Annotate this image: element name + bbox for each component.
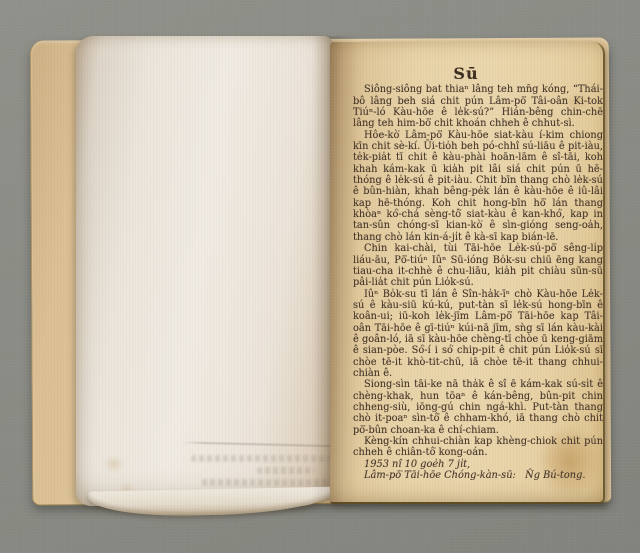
preface-paragraph: Kèng-kín chhui-chiàn kap khèng-chiok chi… [353,436,603,459]
page-curl-edge [88,487,338,518]
preface-title: Sū [353,68,579,79]
preface-paragraph: Chin kai-chài, tùi Tāi-hōe Le̍k-sú-pō͘ s… [353,243,603,288]
preface-paragraph: Siong-sìn tāi-ke nā tha̍k ê sî ē kám-kak… [353,379,603,436]
left-blank-page [76,36,334,506]
preface-paragraph: Iûⁿ Bo̍k-su tī lán ê Sîn-ha̍k-īⁿ chò Kàu… [353,289,603,380]
preface-text-block: Sū Siông-siông bat thiaⁿ lâng teh mn̄g k… [353,68,603,481]
preface-paragraph: Siông-siông bat thiaⁿ lâng teh mn̄g kóng… [353,84,603,129]
book-photo: Sū Siông-siông bat thiaⁿ lâng teh mn̄g k… [0,0,640,553]
paper-stain [104,456,124,472]
date-line: 1953 nî 10 goe̍h 7 ji̍t, [353,459,603,470]
ghost-text-line [257,467,315,474]
signature-line: Lâm-pō͘ Tāi-hōe Chóng-kàn-sū: N̂g Bú-ton… [353,470,603,481]
preface-paragraph: Hôe-kò͘ Lâm-pō͘ Kàu-hōe siat-kàu í-kim c… [353,130,603,243]
right-text-page: Sū Siông-siông bat thiaⁿ lâng teh mn̄g k… [330,42,605,504]
